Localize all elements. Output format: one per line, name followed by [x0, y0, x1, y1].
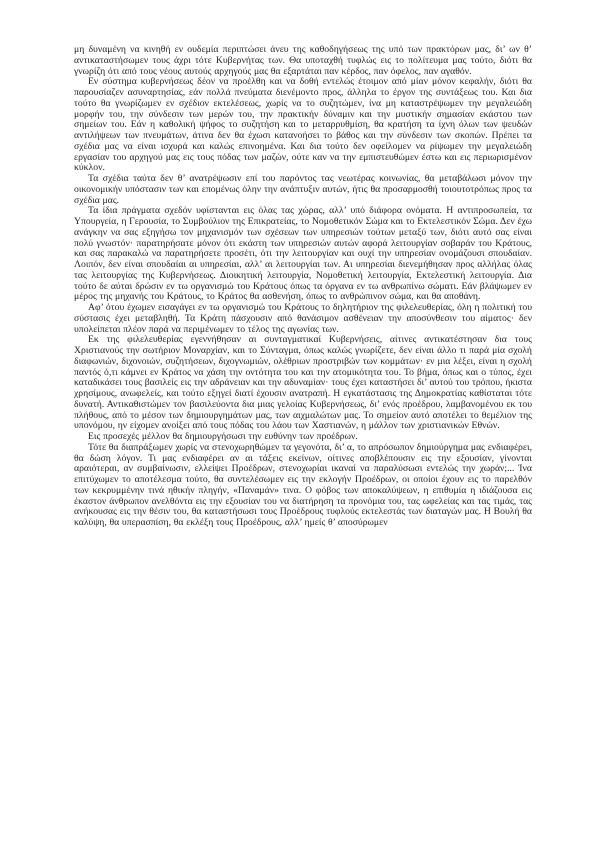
- paragraph: Τα ίδια πράγματα σχεδόν υφίστανται εις ό…: [74, 206, 532, 303]
- document-page: μη δυναμένη να κινηθή εν ουδεμία περιπτώ…: [0, 0, 595, 841]
- document-text-block: μη δυναμένη να κινηθή εν ουδεμία περιπτώ…: [74, 45, 532, 529]
- paragraph: Τότε θα διαπράξωμεν χωρίς να στενοχωρηθώ…: [74, 443, 532, 529]
- paragraph: Εν σύστημα κυβερνήσεως δέον να προέλθη κ…: [74, 77, 532, 174]
- paragraph: Αφ’ ότου έχωμεν εισαγάγει εν τω οργανισμ…: [74, 303, 532, 335]
- paragraph: Τα σχέδια ταύτα δεν θ’ ανατρέψωσιν επί τ…: [74, 174, 532, 206]
- paragraph: μη δυναμένη να κινηθή εν ουδεμία περιπτώ…: [74, 45, 532, 77]
- paragraph: Εκ της φιλελευθερίας εγεννήθησαν αι συντ…: [74, 335, 532, 432]
